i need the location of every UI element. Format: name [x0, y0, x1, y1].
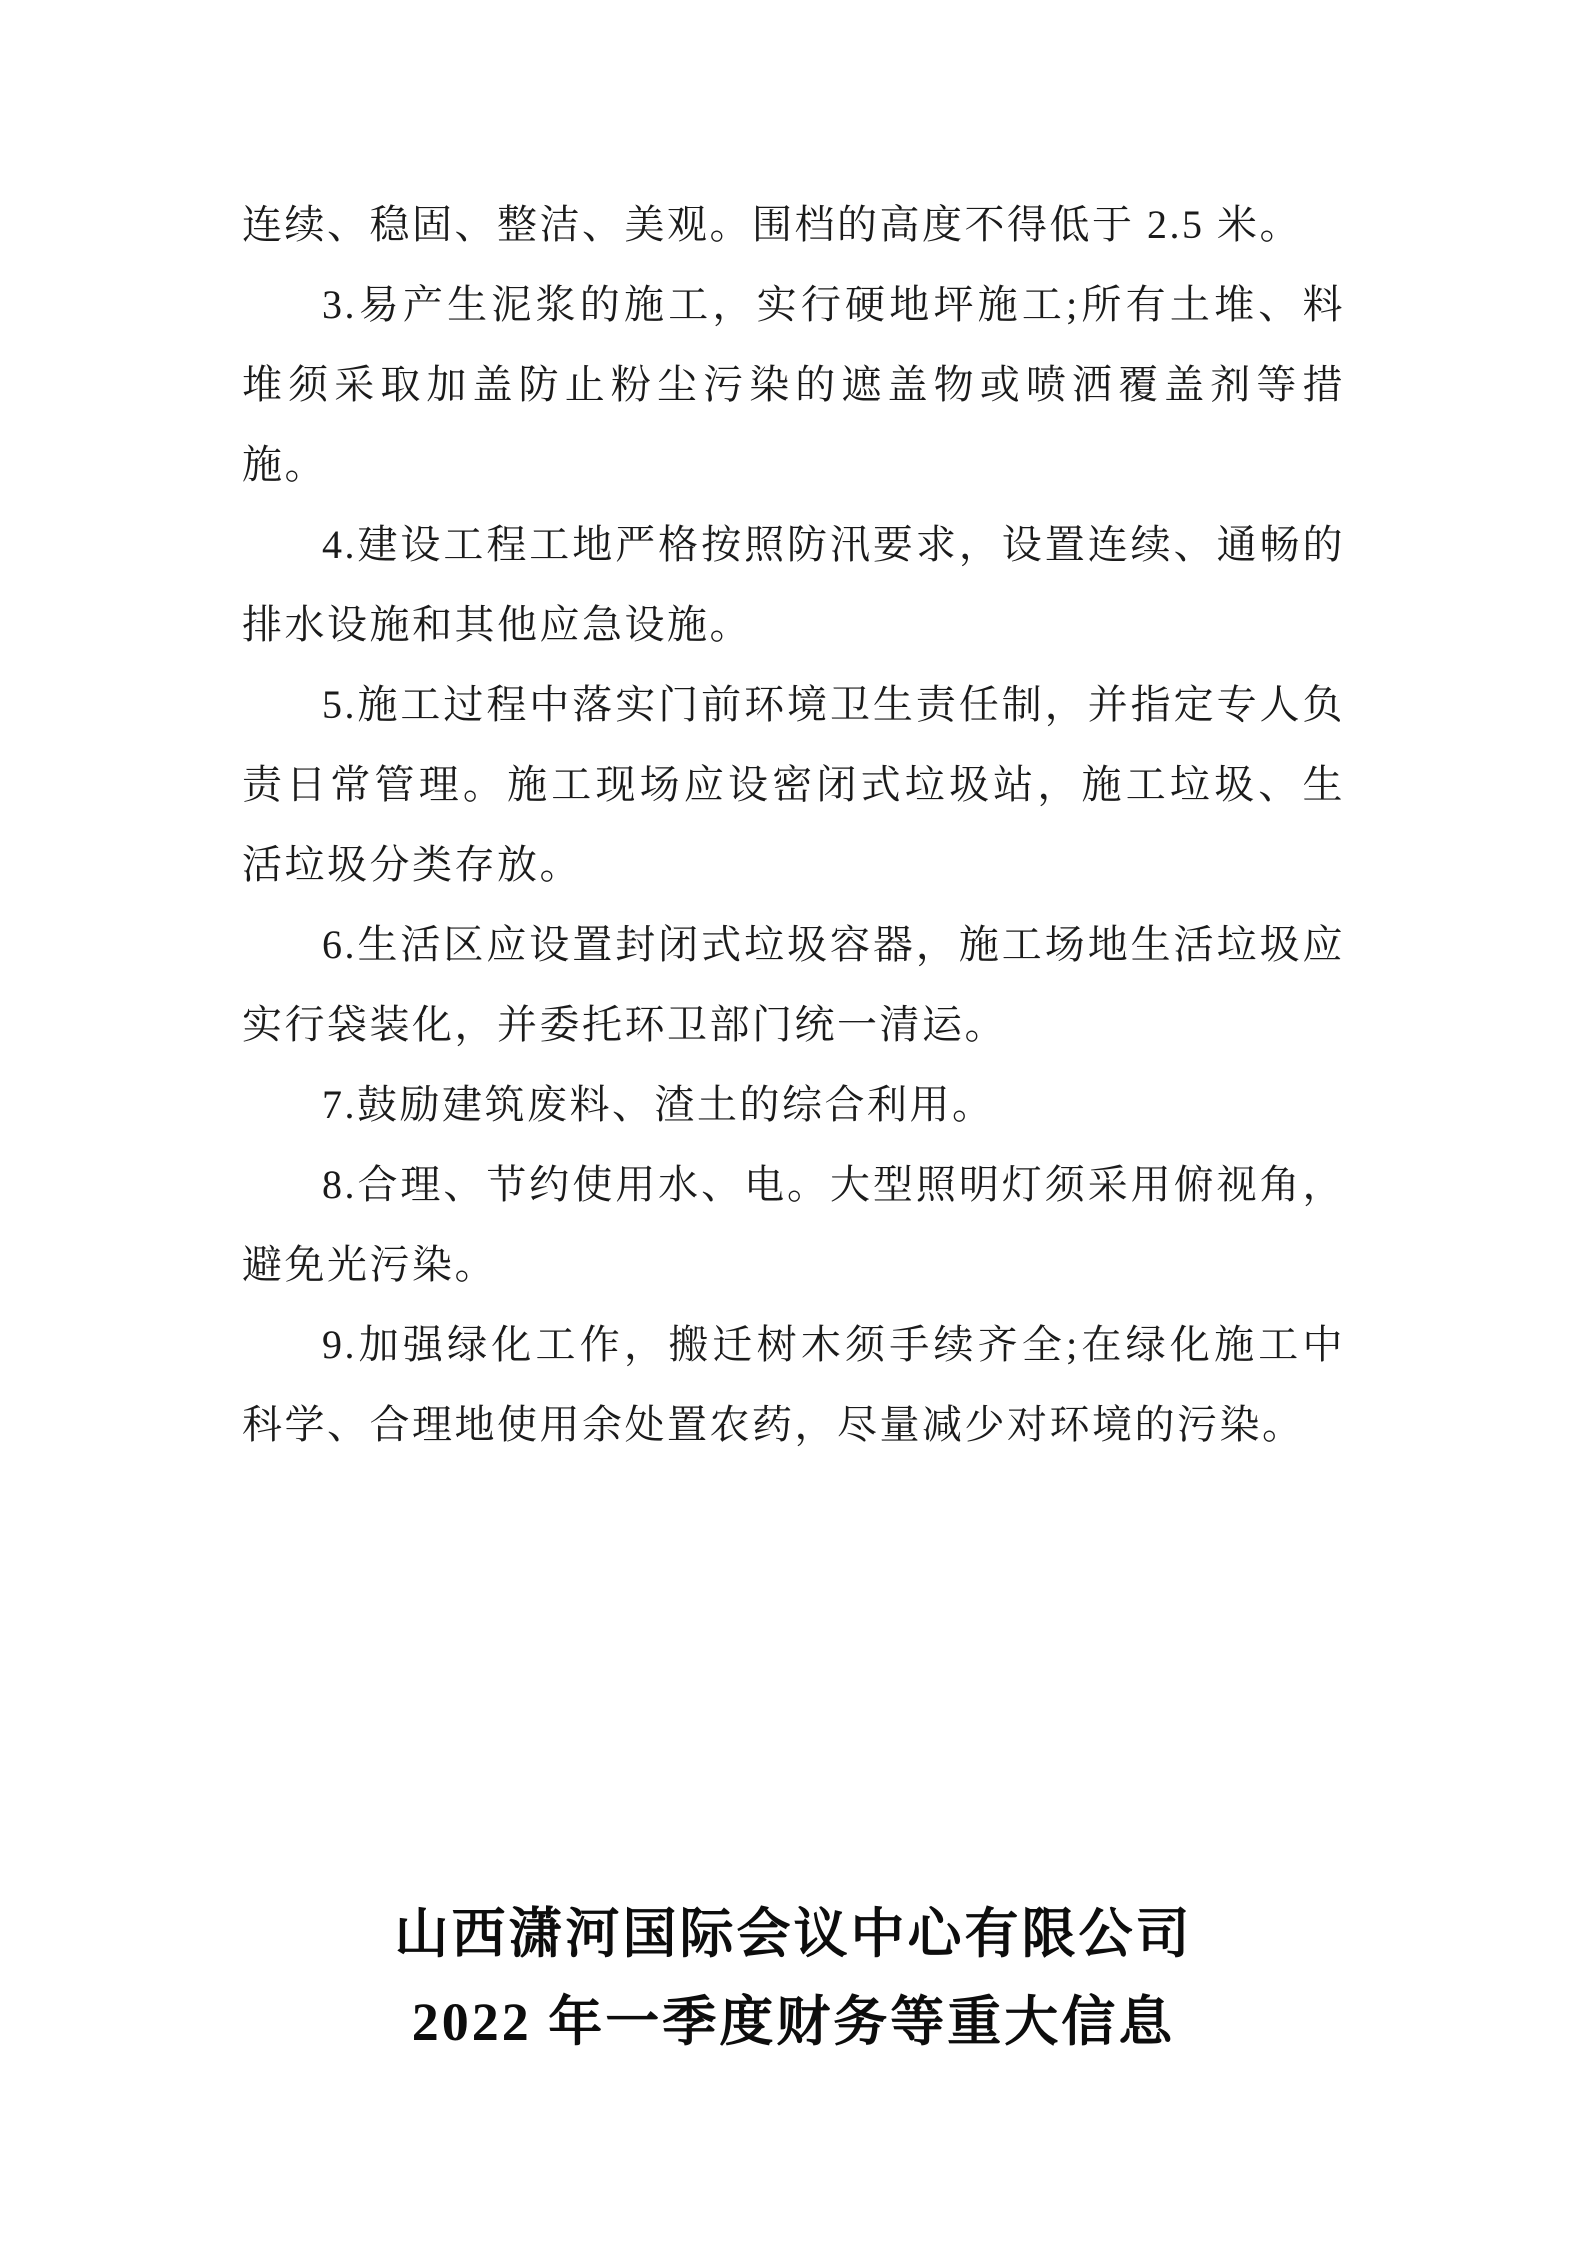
footer-title-block: 山西潇河国际会议中心有限公司 2022 年一季度财务等重大信息: [0, 1890, 1587, 2066]
body-paragraph-continuation: 连续、稳固、整洁、美观。围档的高度不得低于 2.5 米。: [242, 185, 1345, 265]
body-text-block: 连续、稳固、整洁、美观。围档的高度不得低于 2.5 米。 3.易产生泥浆的施工，…: [0, 0, 1587, 1465]
body-paragraph-item-8: 8.合理、节约使用水、电。大型照明灯须采用俯视角，避免光污染。: [242, 1145, 1345, 1305]
body-paragraph-item-5: 5.施工过程中落实门前环境卫生责任制，并指定专人负责日常管理。施工现场应设密闭式…: [242, 665, 1345, 905]
company-title: 山西潇河国际会议中心有限公司: [0, 1890, 1587, 1978]
body-paragraph-item-9: 9.加强绿化工作，搬迁树木须手续齐全;在绿化施工中科学、合理地使用余处置农药，尽…: [242, 1305, 1345, 1465]
body-paragraph-item-4: 4.建设工程工地严格按照防汛要求，设置连续、通畅的排水设施和其他应急设施。: [242, 505, 1345, 665]
body-paragraph-item-3: 3.易产生泥浆的施工，实行硬地坪施工;所有土堆、料堆须采取加盖防止粉尘污染的遮盖…: [242, 265, 1345, 505]
body-paragraph-item-7: 7.鼓励建筑废料、渣土的综合利用。: [242, 1065, 1345, 1145]
body-paragraph-item-6: 6.生活区应设置封闭式垃圾容器，施工场地生活垃圾应实行袋装化，并委托环卫部门统一…: [242, 905, 1345, 1065]
document-page: 连续、稳固、整洁、美观。围档的高度不得低于 2.5 米。 3.易产生泥浆的施工，…: [0, 0, 1587, 2245]
report-title: 2022 年一季度财务等重大信息: [0, 1978, 1587, 2066]
